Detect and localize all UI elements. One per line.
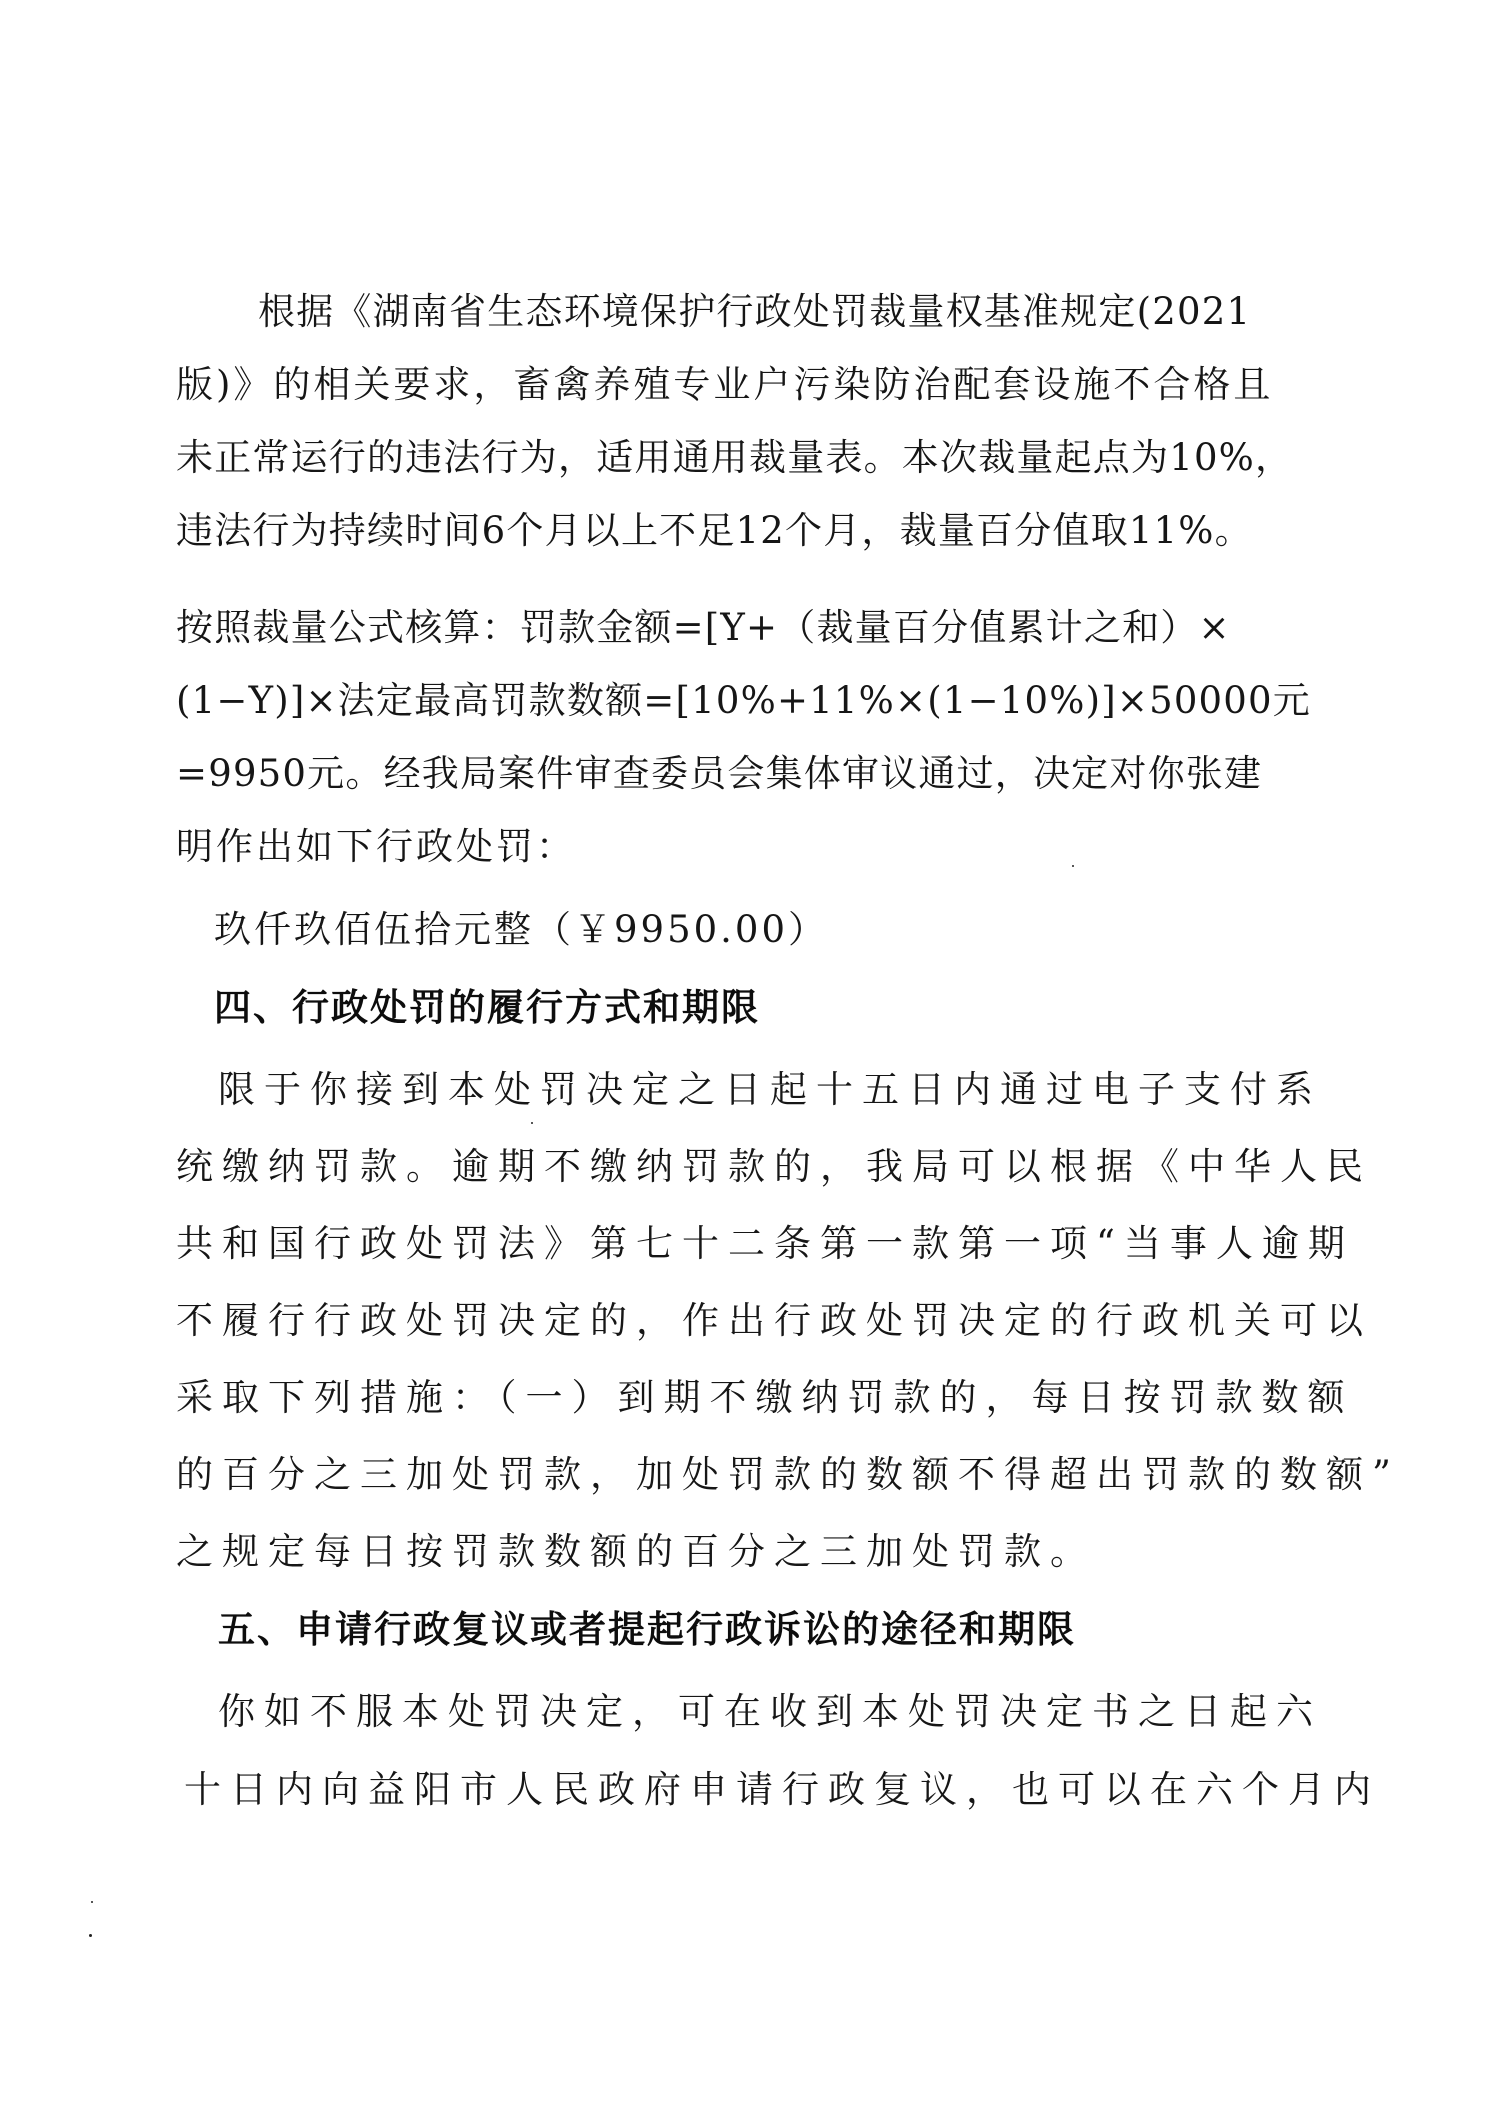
- paragraph-line: 违法行为持续时间6个月以上不足12个月，裁量百分值取11%。: [176, 509, 1253, 553]
- paragraph-line: 版)》的相关要求，畜禽养殖专业户污染防治配套设施不合格且: [176, 363, 1273, 407]
- paragraph-line: 共和国行政处罚法》第七十二条第一款第一项“当事人逾期: [176, 1222, 1354, 1266]
- scanned-document-page: 根据《湖南省生态环境保护行政处罚裁量权基准规定(2021 版)》的相关要求，畜禽…: [0, 0, 1490, 2104]
- paragraph-line: 限于你接到本处罚决定之日起十五日内通过电子支付系: [218, 1068, 1322, 1112]
- paragraph-line: 之规定每日按罚款数额的百分之三加处罚款。: [176, 1530, 1096, 1574]
- scan-speck: [89, 1934, 92, 1937]
- scan-speck: [91, 1901, 93, 1903]
- paragraph-line: 的百分之三加处罚款，加处罚款的数额不得超出罚款的数额”: [176, 1453, 1400, 1497]
- paragraph-line: =9950元。经我局案件审查委员会集体审议通过，决定对你张建: [176, 752, 1262, 796]
- formula-line: (1−Y)]×法定最高罚款数额=[10%+11%×(1−10%)]×50000元: [176, 679, 1311, 723]
- paragraph-line: 不履行行政处罚决定的，作出行政处罚决定的行政机关可以: [176, 1299, 1372, 1343]
- paragraph-line: 根据《湖南省生态环境保护行政处罚裁量权基准规定(2021: [258, 290, 1251, 334]
- section-heading-4: 四、行政处罚的履行方式和期限: [214, 986, 760, 1030]
- paragraph-line: 采取下列措施：（一）到期不缴纳罚款的，每日按罚款数额: [176, 1376, 1354, 1420]
- formula-line: 按照裁量公式核算：罚款金额=[Y+（裁量百分值累计之和）×: [176, 606, 1231, 650]
- paragraph-line: 你如不服本处罚决定，可在收到本处罚决定书之日起六: [218, 1690, 1322, 1734]
- paragraph-line: 未正常运行的违法行为，适用通用裁量表。本次裁量起点为10%，: [176, 436, 1293, 480]
- scan-speck: [531, 1122, 533, 1124]
- paragraph-line: 统缴纳罚款。逾期不缴纳罚款的，我局可以根据《中华人民: [176, 1145, 1372, 1189]
- section-heading-5: 五、申请行政复议或者提起行政诉讼的途径和期限: [218, 1608, 1076, 1652]
- scan-speck: [1072, 865, 1074, 867]
- paragraph-line: 明作出如下行政处罚：: [176, 825, 576, 869]
- paragraph-line: 十日内向益阳市人民政府申请行政复议，也可以在六个月内: [184, 1768, 1380, 1812]
- penalty-amount: 玖仟玖佰伍拾元整（￥9950.00）: [214, 908, 828, 952]
